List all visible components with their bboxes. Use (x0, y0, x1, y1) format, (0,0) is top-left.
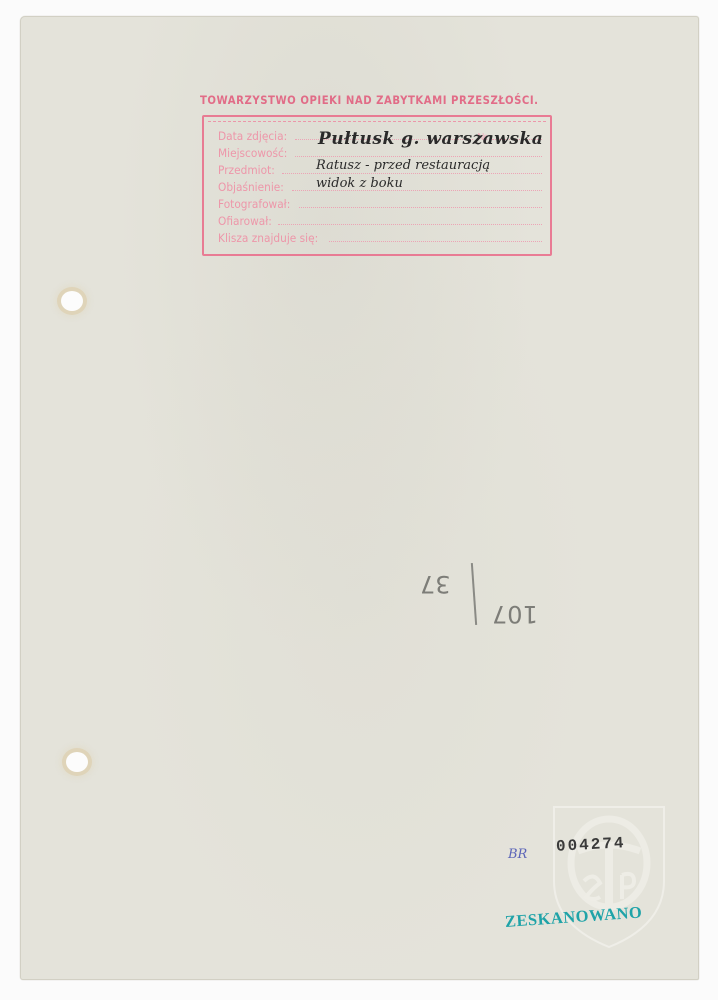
handwritten-description: widok z boku (316, 176, 403, 191)
stamp-label-date: Data zdjęcia: (218, 129, 289, 143)
handwritten-place: Pułtusk g. warszawska (318, 129, 543, 149)
stamp-line (299, 207, 542, 208)
stamp-row-donor: Ofiarował: (218, 212, 542, 228)
stamp-row-negative: Klisza znajduje się: (218, 229, 542, 245)
stamp-label-donor: Ofiarował: (218, 214, 274, 228)
stamp-line (329, 241, 542, 242)
punch-hole-bottom (66, 752, 88, 772)
stamp-line (278, 224, 542, 225)
inventory-prefix: BR (508, 847, 527, 862)
stamp-line (282, 173, 542, 174)
watermark-shield-icon (550, 803, 668, 951)
stamp-label-negative: Klisza znajduje się: (218, 231, 320, 245)
stamp-label-subject: Przedmiot: (218, 163, 277, 177)
stamp-label-place: Miejscowość: (218, 146, 289, 160)
pencil-note-left: 37 (420, 570, 451, 598)
stamp-row-photographer: Fotografował: (218, 195, 542, 211)
stamp-header: TOWARZYSTWO OPIEKI NAD ZABYTKAMI PRZESZŁ… (200, 93, 517, 107)
stamp-label-photographer: Fotografował: (218, 197, 292, 211)
inventory-number: 004274 (556, 834, 626, 856)
stamp-divider (208, 121, 546, 122)
stamp-line (295, 156, 542, 157)
stamp-label-description: Objaśnienie: (218, 180, 286, 194)
punch-hole-top (61, 291, 83, 311)
pencil-note-right: 107 (492, 600, 538, 628)
handwritten-subject: Ratusz - przed restauracją (316, 158, 490, 173)
